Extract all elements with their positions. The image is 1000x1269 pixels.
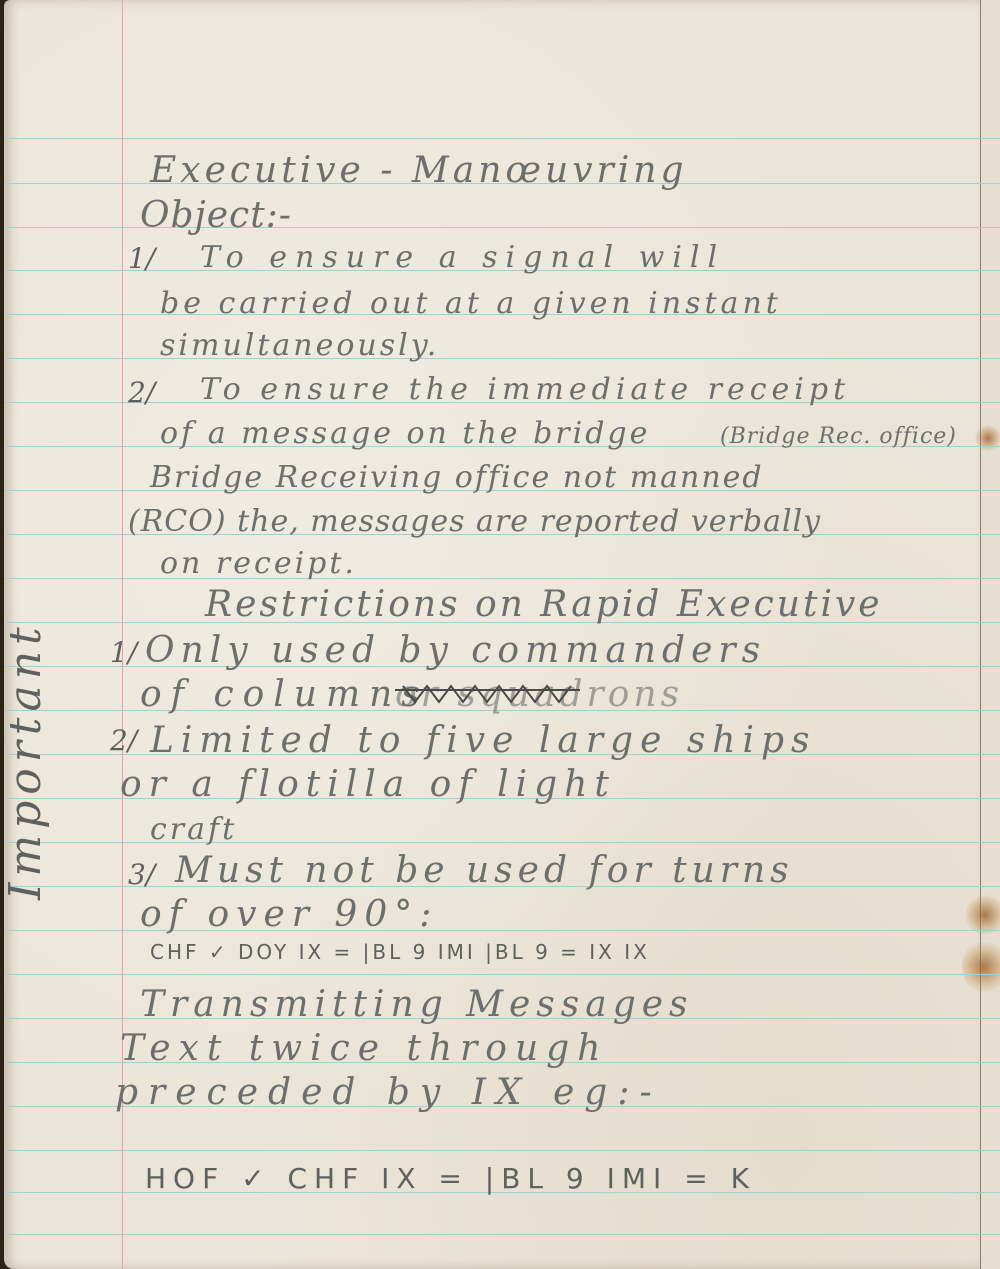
restriction-2-line-1: Limited to five large ships — [150, 720, 817, 761]
object-2-annotation: (Bridge Rec. office) — [720, 424, 957, 449]
restriction-1-line-2: of columns — [140, 674, 429, 715]
object-2-line-3: Bridge Receiving office not manned — [150, 460, 764, 495]
restriction-3-line-1: Must not be used for turns — [175, 850, 794, 891]
restriction-2-line-2: or a flotilla of light — [120, 764, 616, 805]
restrictions-heading: Restrictions on Rapid Executive — [205, 584, 883, 625]
object-2-line-1: To ensure the immediate receipt — [200, 372, 850, 407]
restriction-3-number: 3/ — [128, 858, 155, 891]
restriction-2-number: 2/ — [110, 724, 137, 757]
object-1-number: 1/ — [128, 242, 155, 275]
restriction-1-number: 1/ — [110, 636, 137, 669]
transmitting-heading: Transmitting Messages — [140, 984, 694, 1025]
object-2-line-4: (RCO) the, messages are reported verball… — [128, 504, 821, 539]
restriction-1-line-1: Only used by commanders — [145, 630, 766, 671]
transmitting-line-2: preceded by IX eg:- — [115, 1072, 662, 1113]
restriction-2-line-3: craft — [150, 812, 237, 847]
object-2-line-5: on receipt. — [160, 546, 357, 581]
scribble-strikethrough — [395, 682, 585, 712]
object-label: Object:- — [140, 195, 292, 236]
object-1-line-2: be carried out at a given instant — [160, 286, 782, 321]
restriction-3-line-2: of over 90°: — [140, 894, 438, 935]
heading: Executive - Manœuvring — [150, 150, 688, 191]
object-1-line-3: simultaneously. — [160, 328, 439, 363]
signal-example-1: CHF ✓ DOY IX = |BL 9 IMI |BL 9 = IX IX — [150, 940, 650, 964]
transmitting-line-1: Text twice through — [120, 1028, 608, 1069]
signal-example-2: HOF ✓ CHF IX = |BL 9 IMI = K — [145, 1162, 756, 1195]
stain — [962, 940, 1000, 994]
side-note-important: Important — [0, 621, 51, 900]
object-1-line-1: To ensure a signal will — [200, 240, 725, 275]
stain — [965, 895, 1000, 935]
binding-strip — [980, 0, 1000, 1269]
stain — [975, 425, 1000, 451]
object-2-line-2: of a message on the bridge — [160, 416, 650, 451]
object-2-number: 2/ — [128, 376, 155, 409]
